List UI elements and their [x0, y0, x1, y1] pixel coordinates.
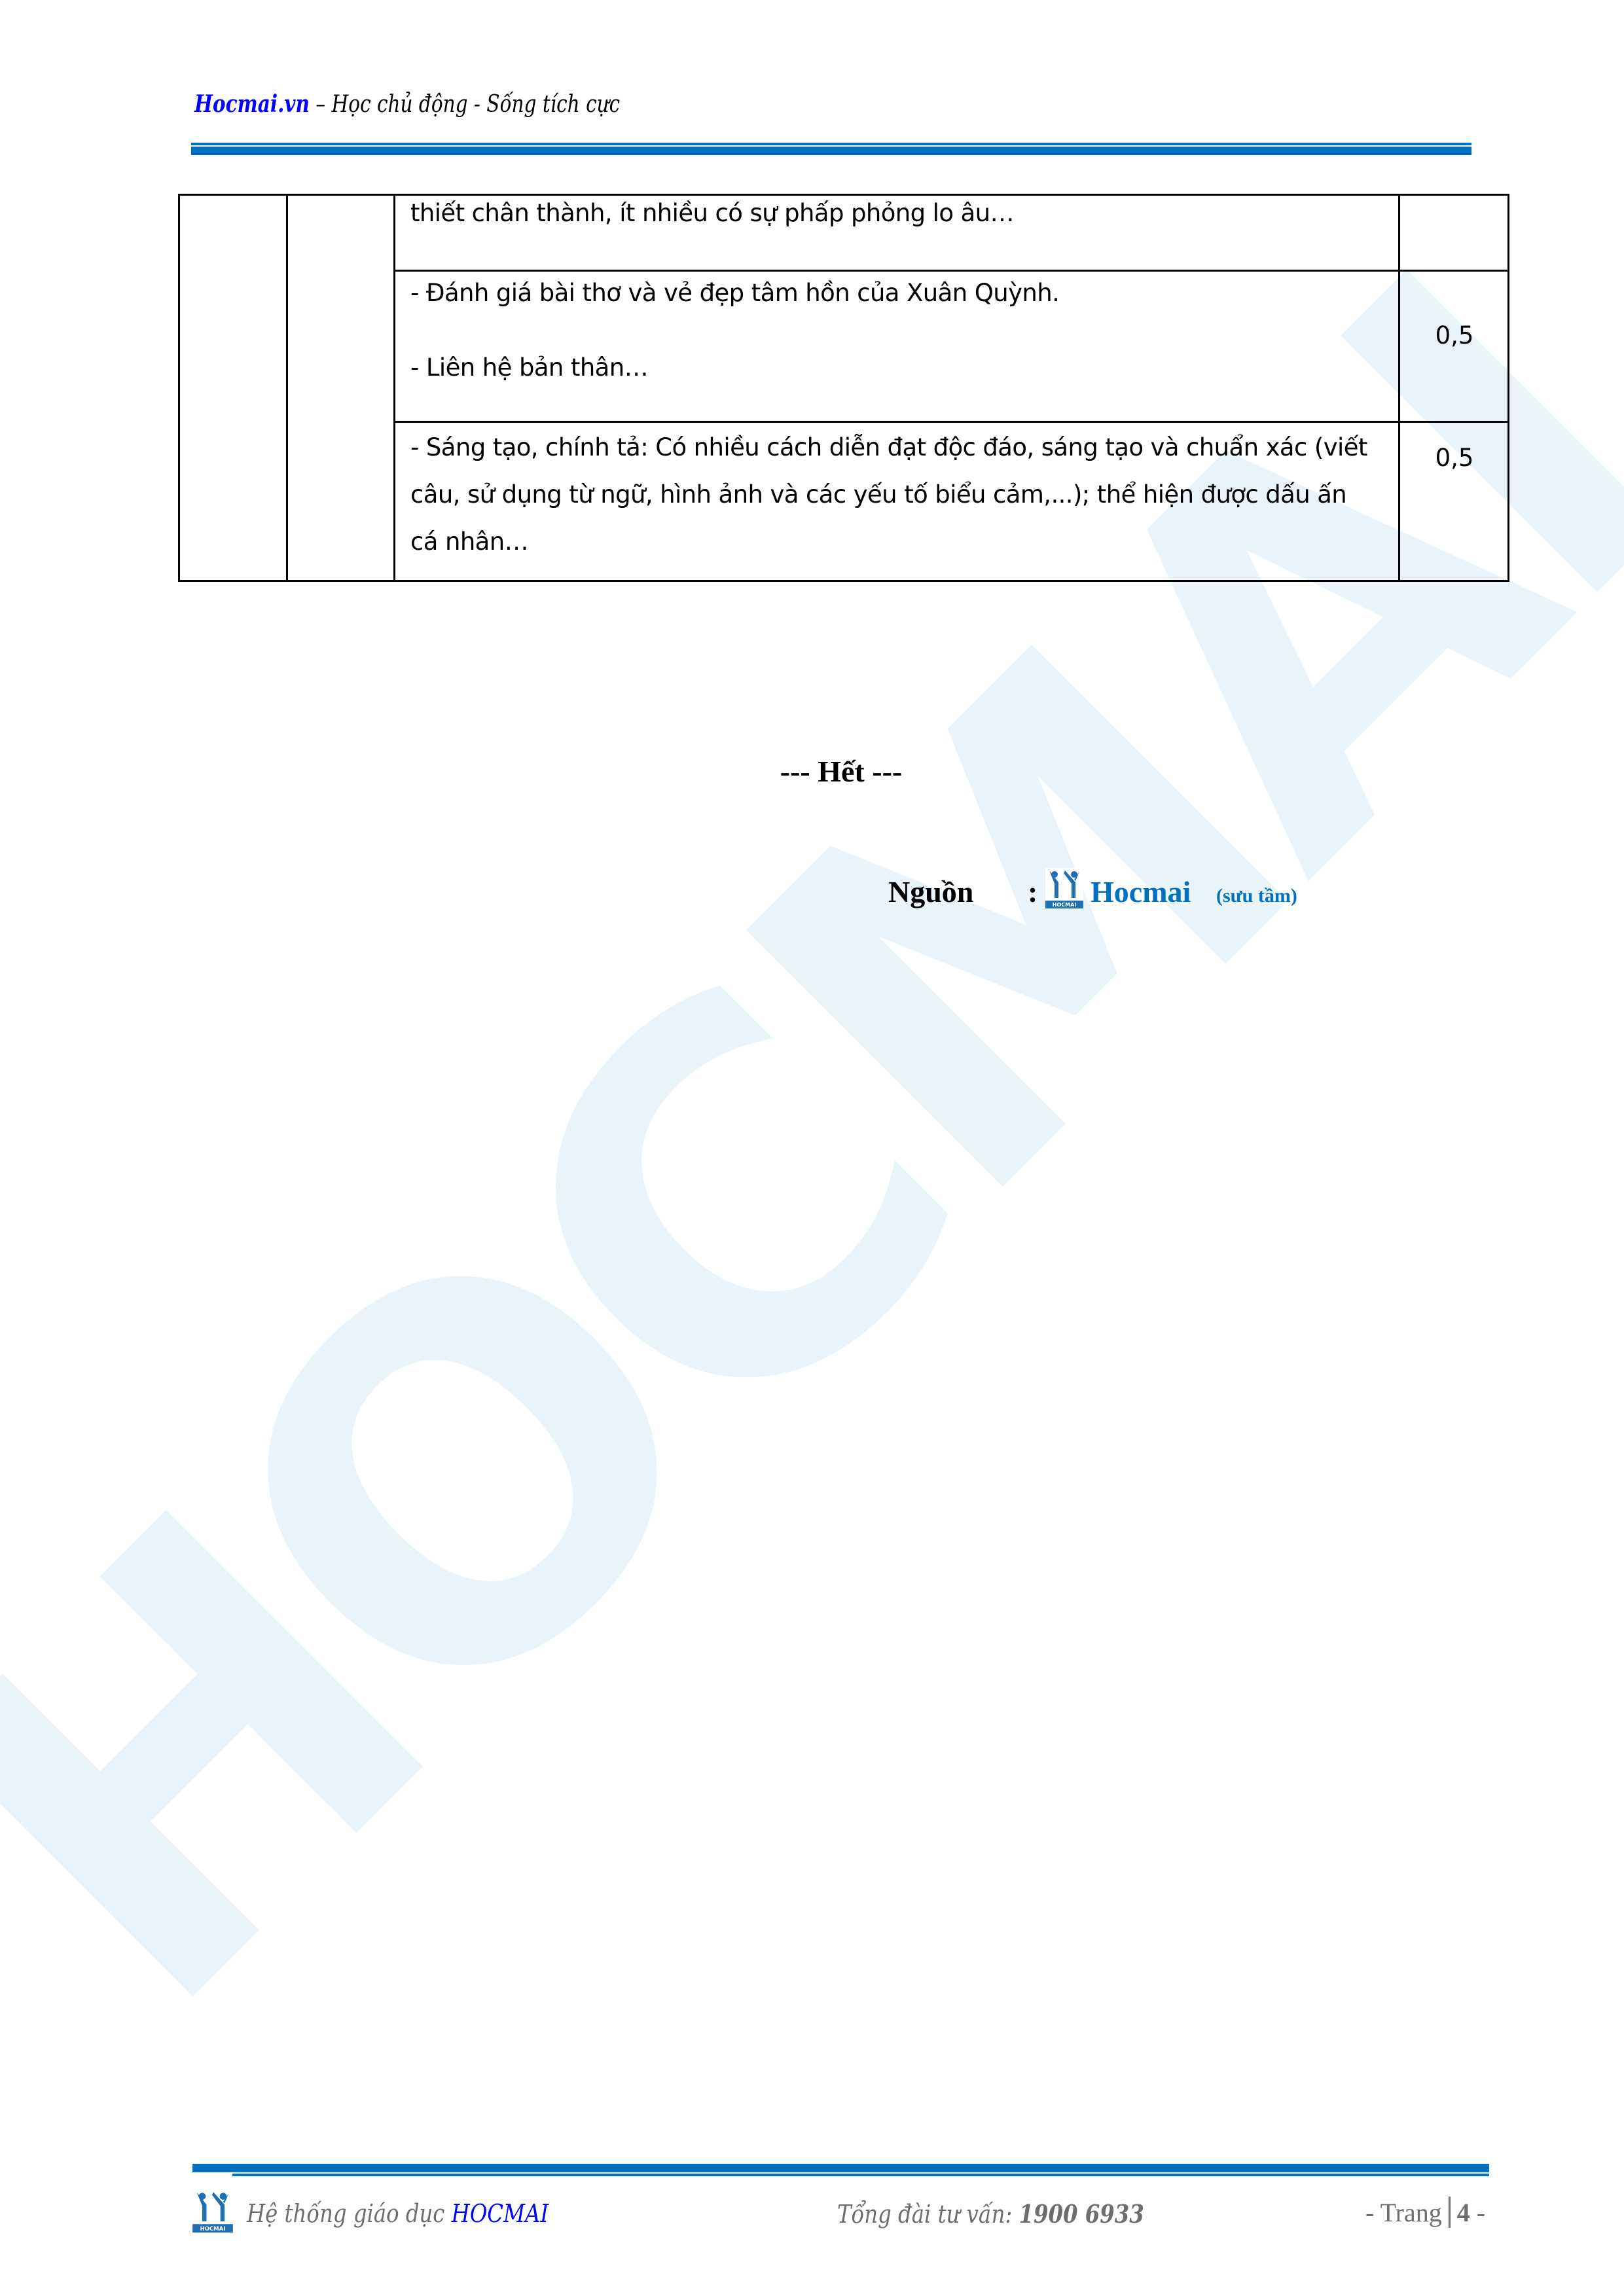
table-border-bottom [178, 580, 1509, 582]
header-rule-thin [191, 143, 1471, 145]
header-brand: Hocmai.vn [194, 90, 310, 118]
footer-hotline: Tổng đài tư vấn: 1900 6933 [837, 2199, 1144, 2229]
footer-organization: Hệ thống giáo dục HOCMAI [247, 2199, 549, 2228]
page-prefix: - Trang [1365, 2198, 1442, 2227]
header-separator: – [310, 91, 332, 118]
page-separator [1449, 2197, 1451, 2228]
header-slogan: Học chủ động - Sống tích cực [332, 91, 621, 118]
content-line: - Đánh giá bài thơ và vẻ đẹp tâm hồn của… [410, 271, 1059, 315]
source-note: (sưu tầm) [1216, 885, 1297, 907]
footer-page-number: - Trang4 - [1365, 2197, 1485, 2228]
footer-logo: HOCMAI [192, 2189, 233, 2233]
table-row-2-content: - Đánh giá bài thơ và vẻ đẹp tâm hồn của… [410, 271, 1059, 390]
footer-org-prefix: Hệ thống giáo dục [247, 2199, 452, 2228]
svg-text:HOCMAI: HOCMAI [1053, 902, 1077, 908]
source-label: Nguồn [888, 874, 973, 909]
content-line: cá nhân… [410, 518, 1367, 565]
source-brand: Hocmai [1091, 874, 1191, 909]
table-row-3-content: - Sáng tạo, chính tả: Có nhiều cách diễn… [410, 424, 1367, 565]
footer-rule-thick [192, 2164, 1489, 2172]
hocmai-logo-icon: HOCMAI [192, 2189, 233, 2233]
table-row-2-score: 0,5 [1399, 321, 1509, 350]
table-row-divider-2 [393, 421, 1509, 423]
footer-rule-thin [232, 2174, 1489, 2176]
page-number: 4 [1457, 2198, 1470, 2227]
hocmai-logo-icon: HOCMAI [1045, 868, 1083, 908]
table-col-divider-1 [286, 194, 288, 582]
footer-org-brand: HOCMAI [452, 2199, 549, 2228]
content-line: câu, sử dụng từ ngữ, hình ảnh và các yếu… [410, 471, 1367, 518]
grading-table: thiết chân thành, ít nhiều có sự phấp ph… [178, 194, 1509, 582]
table-border-right [1507, 194, 1509, 582]
content-line: thiết chân thành, ít nhiều có sự phấp ph… [410, 191, 1014, 236]
footer-hotline-number: 1900 6933 [1019, 2199, 1144, 2229]
source-colon: : [1028, 874, 1038, 909]
content-line: - Sáng tạo, chính tả: Có nhiều cách diễn… [410, 424, 1367, 471]
page-header: Hocmai.vn – Học chủ động - Sống tích cực [194, 90, 620, 118]
table-border-left [178, 194, 180, 582]
table-col-divider-2 [393, 194, 395, 582]
end-marker: --- Hết --- [776, 754, 907, 789]
table-row-1-content: thiết chân thành, ít nhiều có sự phấp ph… [410, 191, 1014, 236]
svg-text:HOCMAI: HOCMAI [200, 2226, 226, 2233]
table-row-3-score: 0,5 [1399, 444, 1509, 472]
table-col-divider-3 [1398, 194, 1400, 582]
header-rule-thick [191, 147, 1471, 155]
page-suffix: - [1470, 2198, 1485, 2227]
content-line: - Liên hệ bản thân… [410, 346, 1059, 390]
footer-hotline-label: Tổng đài tư vấn: [837, 2200, 1019, 2229]
